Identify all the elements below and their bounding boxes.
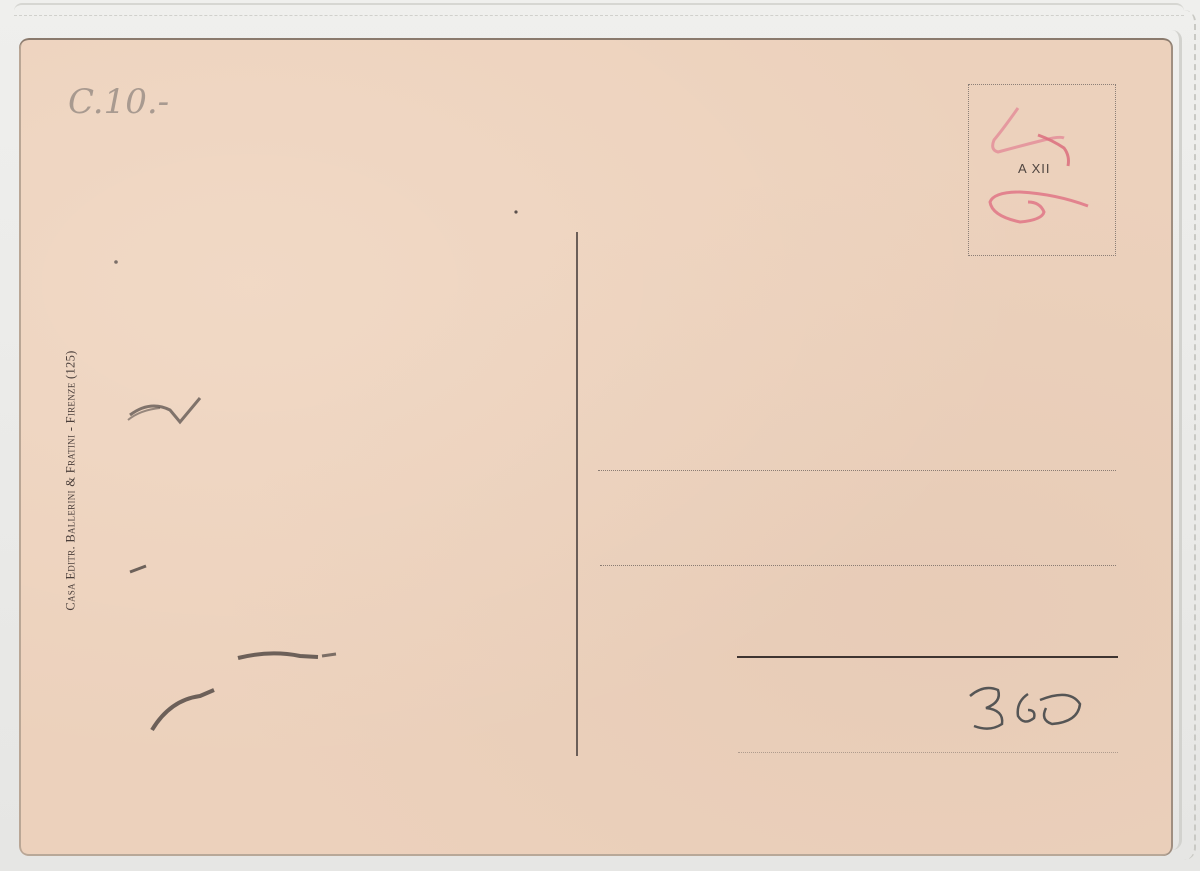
pencil-price-mark xyxy=(960,680,1090,740)
pencil-smudge-marks xyxy=(0,0,600,871)
center-divider-line xyxy=(576,232,578,756)
address-line-1 xyxy=(598,470,1116,471)
sleeve-right-edge xyxy=(1184,10,1196,860)
red-crayon-scribble xyxy=(960,80,1130,250)
address-line-2 xyxy=(600,565,1116,566)
address-line-3 xyxy=(737,656,1118,658)
address-line-4 xyxy=(738,752,1118,753)
